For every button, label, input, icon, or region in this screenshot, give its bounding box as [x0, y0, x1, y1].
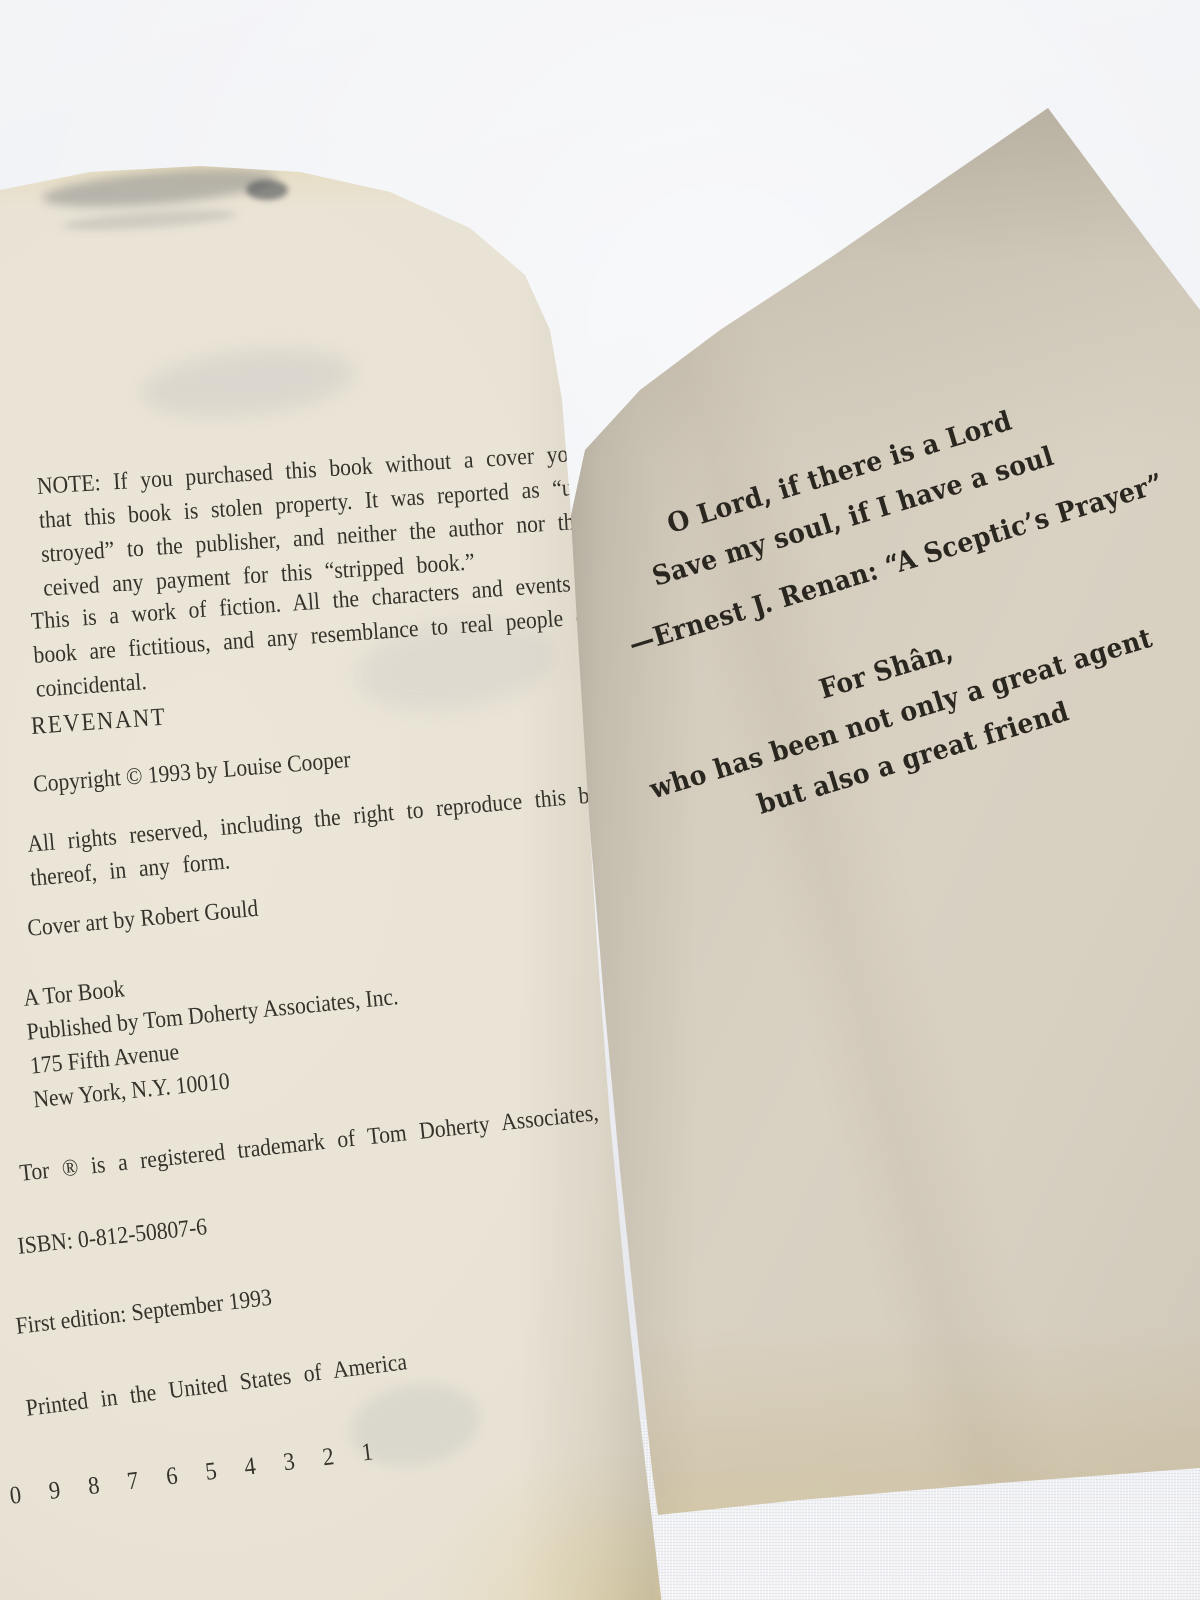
pencil-smudge [41, 162, 278, 214]
print-run-line: 0 9 8 7 6 5 4 3 2 1 [8, 1434, 386, 1514]
isbn-line: ISBN: 0-812-50807-6 [16, 1210, 209, 1264]
text-line: REVENANT [30, 701, 168, 744]
text-line: Printed in the United States of America [24, 1345, 409, 1425]
printed-line: Printed in the United States of America [24, 1345, 409, 1425]
text-line: Copyright © 1993 by Louise Cooper [32, 743, 352, 802]
photo-open-book-copyright-page: O Lord, if there is a Lord Save my soul,… [0, 0, 1200, 1600]
pencil-smudge [62, 206, 238, 234]
showthrough-ghost [137, 339, 358, 427]
publisher-block: A Tor Book Published by Tom Doherty Asso… [22, 946, 406, 1117]
text-line: First edition: September 1993 [14, 1281, 274, 1344]
left-page: NOTE: If you purchased this book without… [0, 150, 680, 1600]
cover-art-line: Cover art by Robert Gould [26, 892, 260, 946]
text-line: 0 9 8 7 6 5 4 3 2 1 [8, 1434, 386, 1514]
book-title: REVENANT [30, 701, 168, 744]
edition-line: First edition: September 1993 [14, 1281, 274, 1344]
right-page: O Lord, if there is a Lord Save my soul,… [540, 90, 1200, 1530]
text-line: ISBN: 0-812-50807-6 [16, 1210, 209, 1264]
pencil-smudge [246, 180, 288, 200]
text-line: Cover art by Robert Gould [26, 892, 260, 946]
copyright-line: Copyright © 1993 by Louise Cooper [32, 743, 352, 802]
